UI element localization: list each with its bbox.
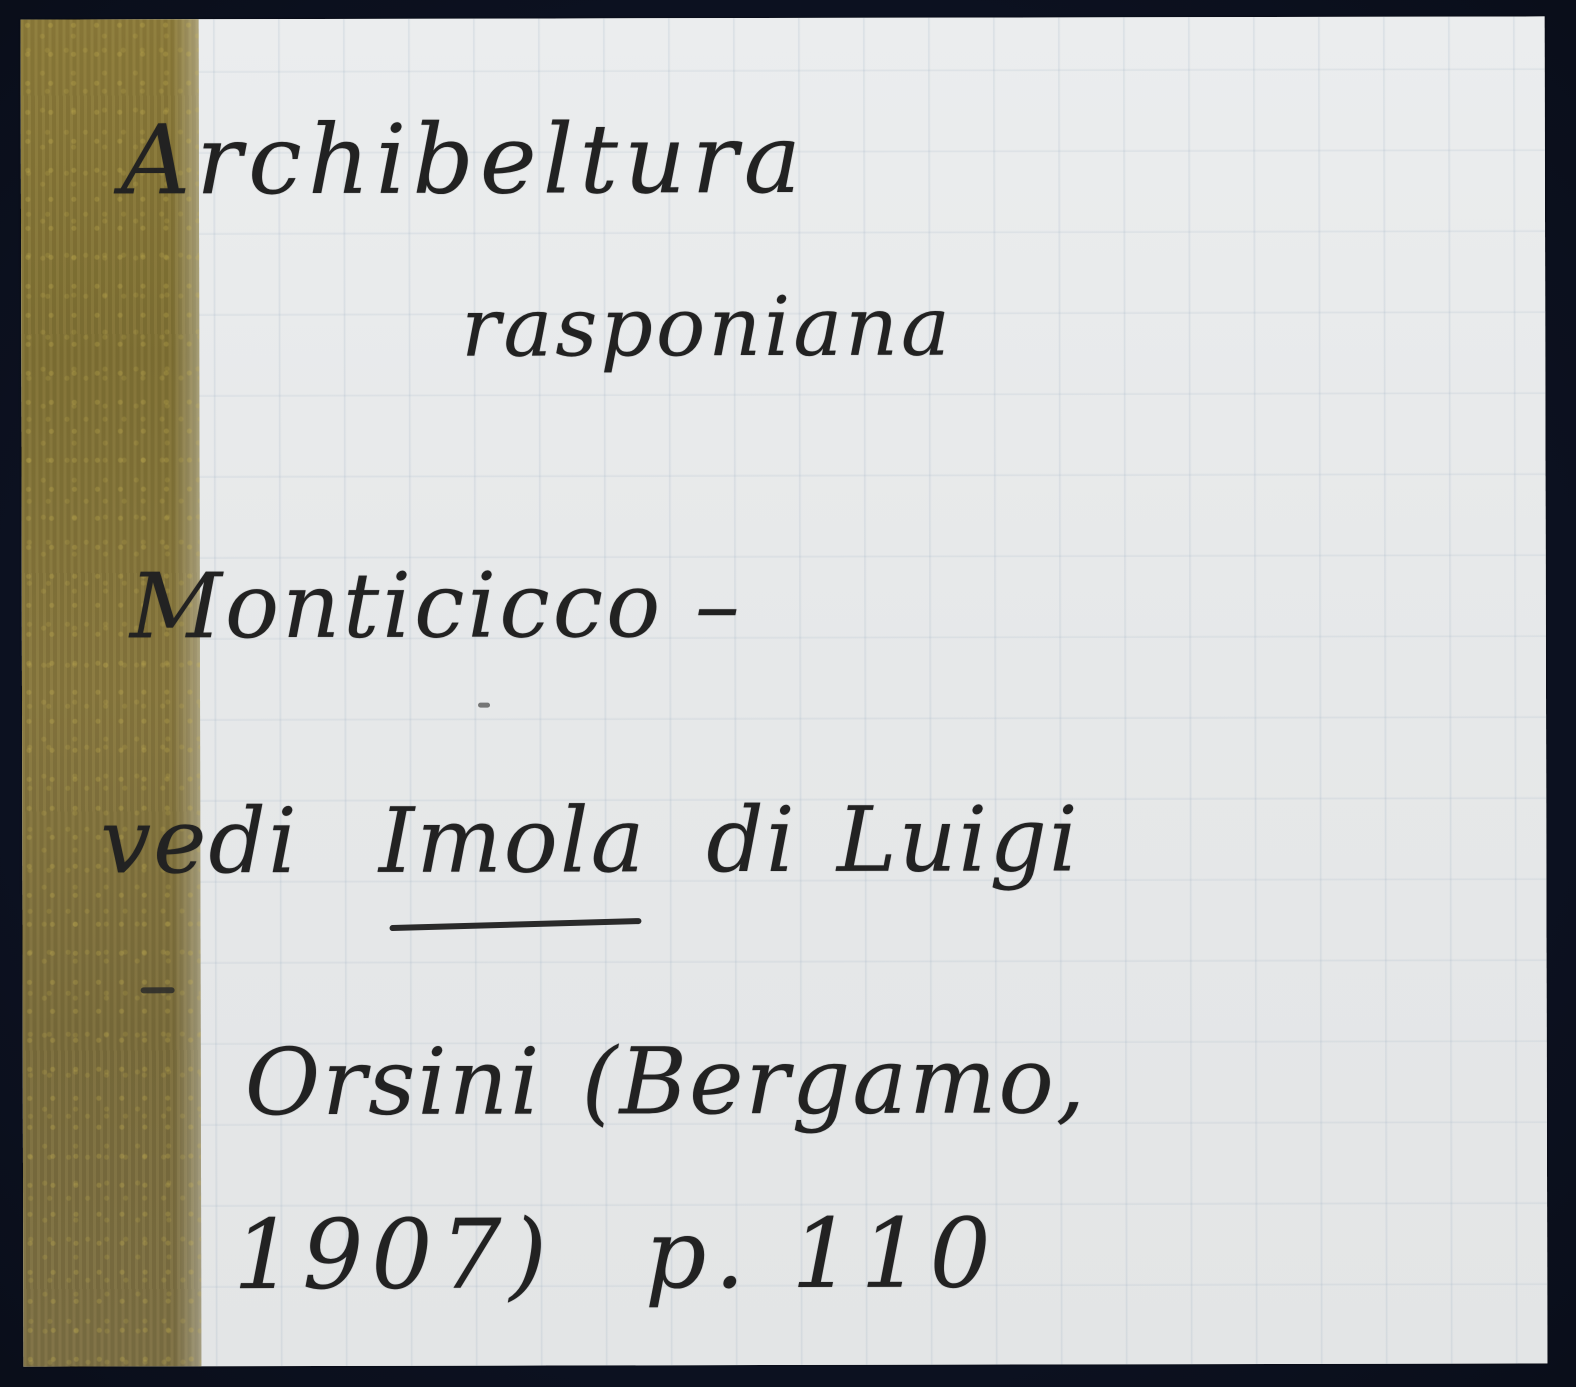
label-line-genus: Archibeltura (121, 103, 807, 216)
label-line-author-place: Orsini(Bergamo, (245, 1027, 1087, 1136)
label-line-year-page: 1907)p. 110 (233, 1198, 999, 1312)
label-sheet: Archibeltura rasponiana Monticicco – ved… (21, 16, 1548, 1366)
word-bergamo: (Bergamo, (581, 1027, 1087, 1135)
ink-speck-mark (478, 703, 490, 708)
word-year: 1907) (233, 1198, 555, 1311)
word-orsini: Orsini (245, 1029, 542, 1137)
label-line-locality: Monticicco – (130, 553, 743, 659)
word-di: di (706, 788, 797, 893)
word-page: p. 110 (645, 1198, 999, 1311)
word-luigi: Luigi (837, 787, 1080, 893)
ink-dash-mark (141, 987, 175, 993)
label-line-species: rasponiana (461, 280, 953, 376)
word-vedi: vedi (100, 789, 299, 894)
tape-strip (21, 19, 202, 1366)
word-imola-underlined: Imola (379, 788, 647, 894)
label-line-reference: vediImoladiLuigi (100, 787, 1080, 894)
